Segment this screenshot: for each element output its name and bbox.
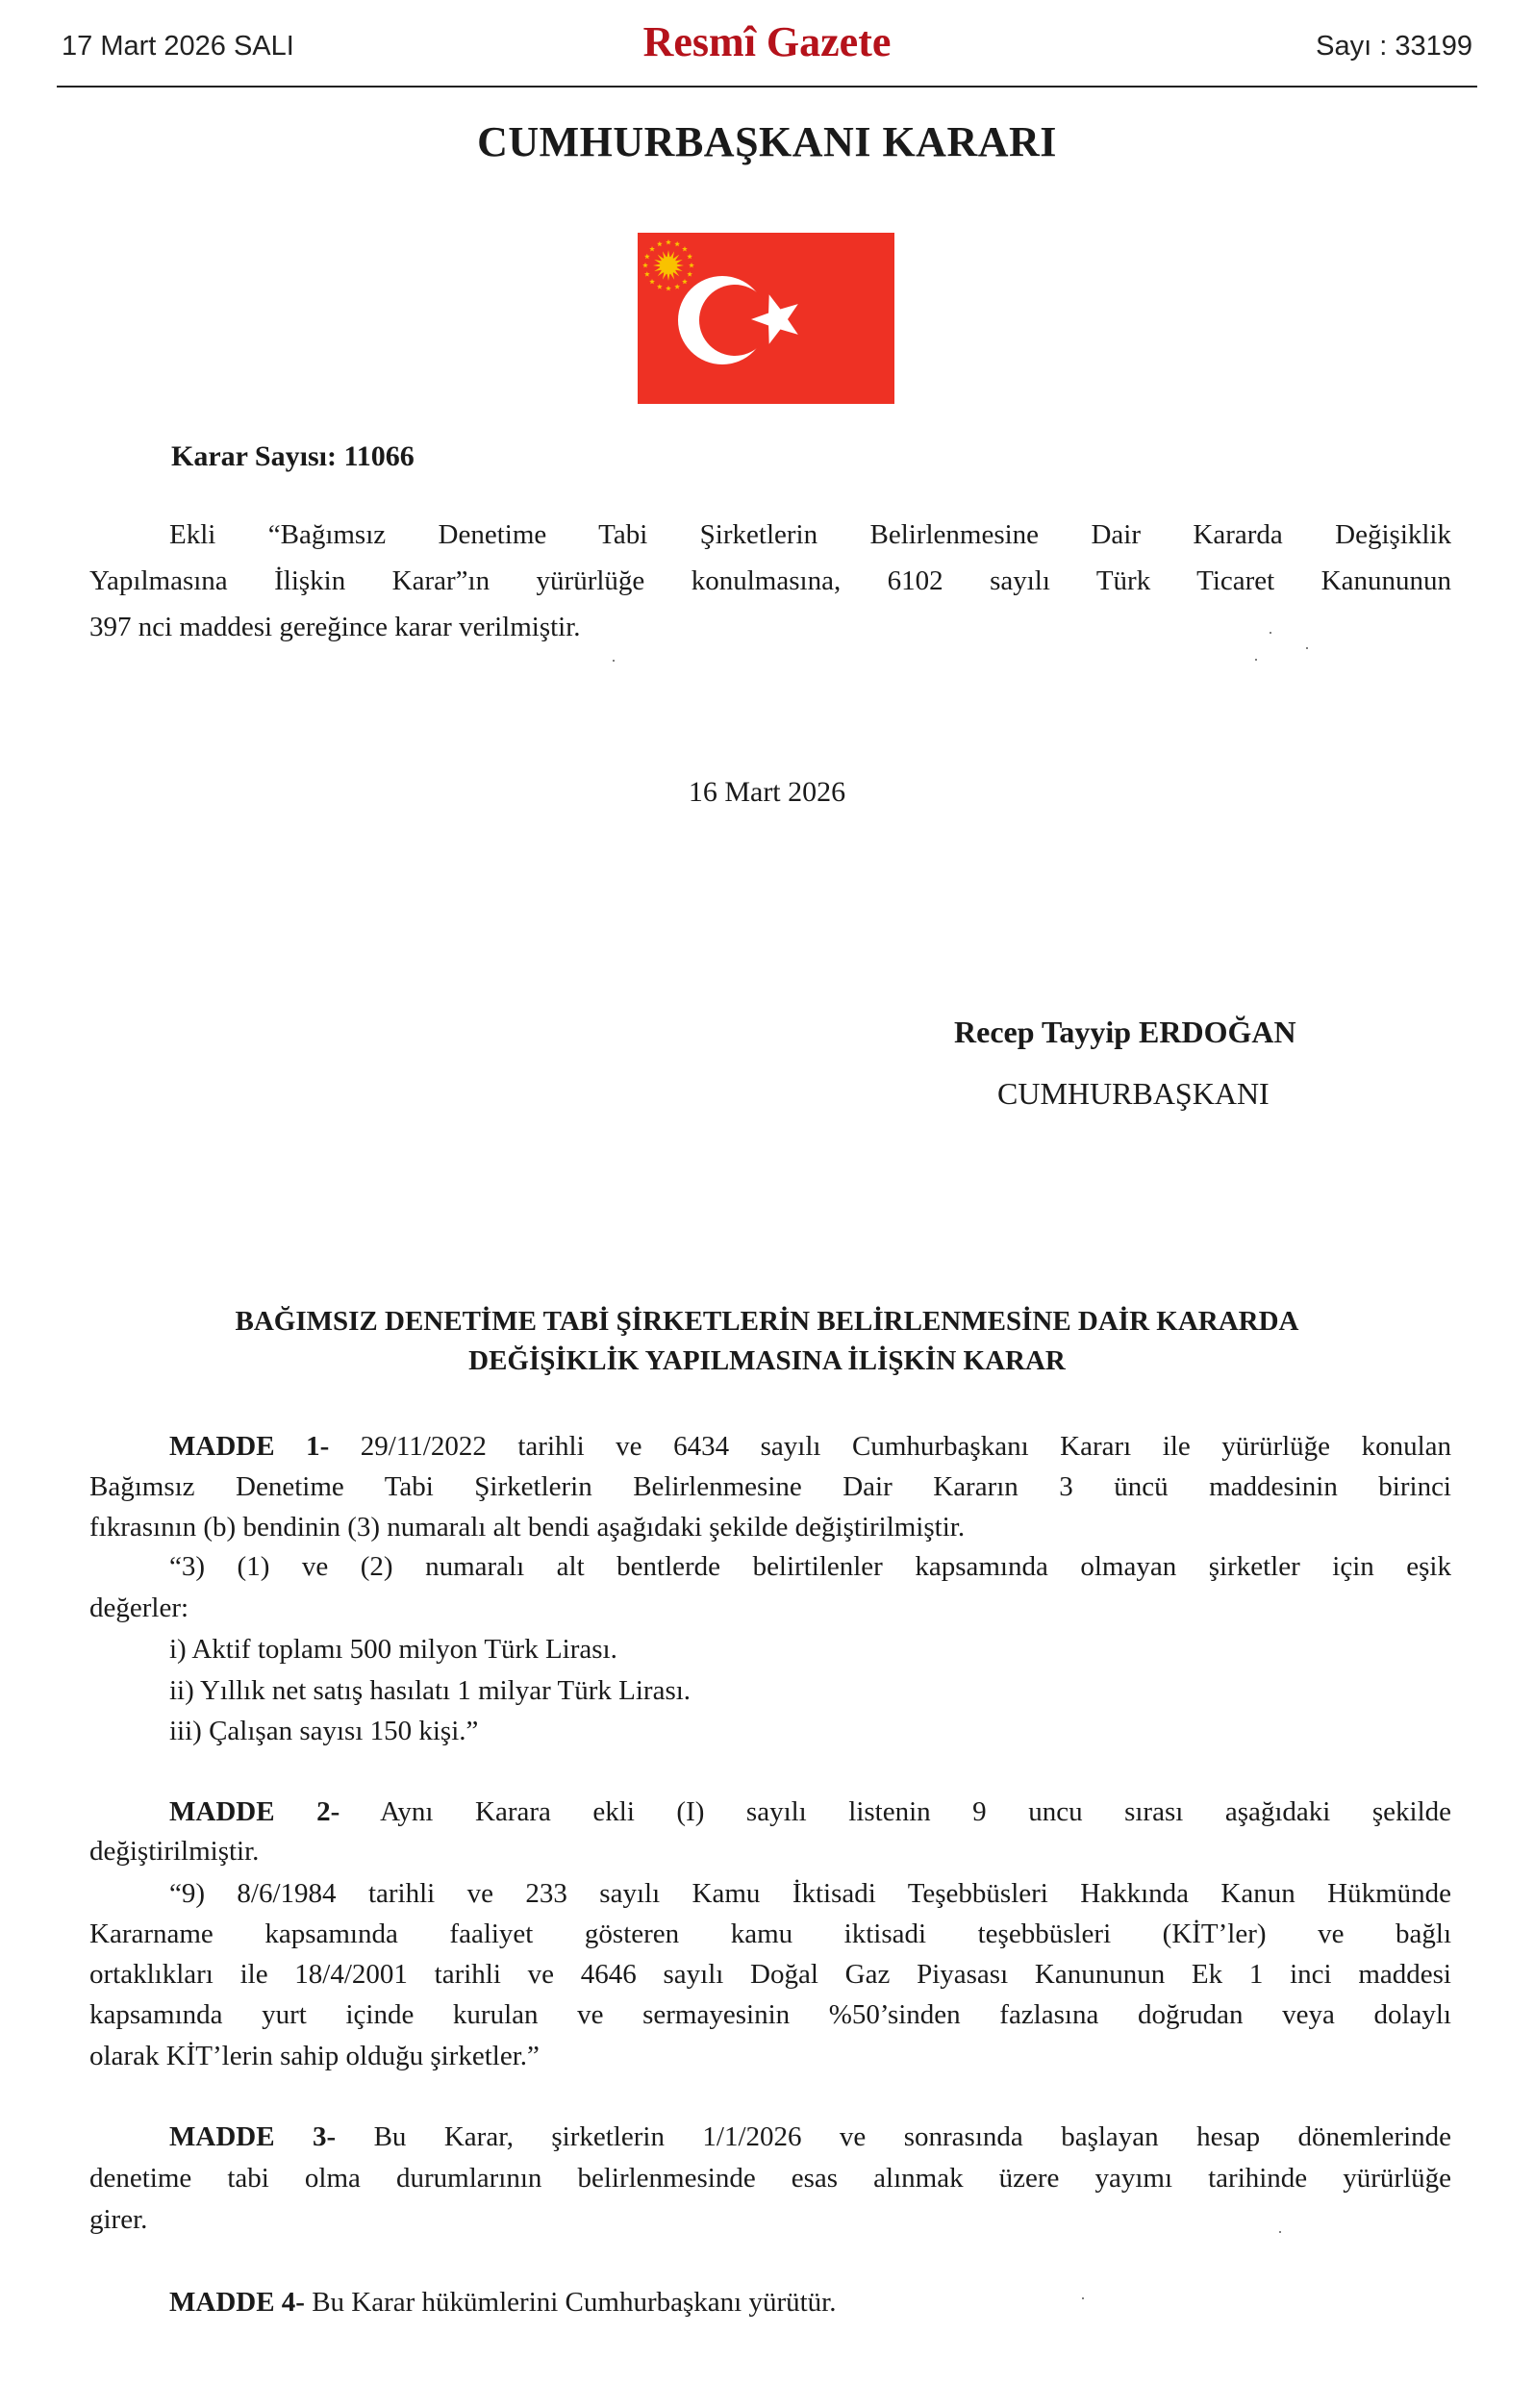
preamble-line: Ekli “Bağımsız Denetime Tabi Şirketlerin… — [169, 515, 1451, 554]
article-2-line: değiştirilmiştir. — [89, 1832, 1451, 1870]
document-type-title: CUMHURBAŞKANI KARARI — [0, 117, 1534, 167]
article-1-item: i) Aktif toplamı 500 milyon Türk Lirası. — [169, 1630, 617, 1668]
signatory-title: CUMHURBAŞKANI — [997, 1074, 1270, 1113]
header-divider — [57, 86, 1477, 88]
preamble-line: 397 nci maddesi gereğince karar verilmiş… — [89, 608, 1451, 646]
decision-number: Karar Sayısı: 11066 — [171, 439, 415, 475]
article-1-line: Bağımsız Denetime Tabi Şirketlerin Belir… — [89, 1467, 1451, 1506]
article-4-label: MADDE 4- — [169, 2287, 305, 2318]
scan-speck — [1270, 632, 1271, 634]
article-2-label: MADDE 2- — [169, 1796, 339, 1827]
article-1-text: 29/11/2022 tarihli ve 6434 sayılı Cumhur… — [329, 1431, 1451, 1462]
article-3-line: MADDE 3- Bu Karar, şirketlerin 1/1/2026 … — [169, 2118, 1451, 2156]
scan-speck — [1082, 2297, 1084, 2299]
article-3-line: denetime tabi olma durumlarının belirlen… — [89, 2159, 1451, 2197]
article-1-line: fıkrasının (b) bendinin (3) numaralı alt… — [89, 1508, 1451, 1546]
article-1-line: MADDE 1- 29/11/2022 tarihli ve 6434 sayı… — [169, 1427, 1451, 1466]
article-4-line: MADDE 4- Bu Karar hükümlerini Cumhurbaşk… — [169, 2283, 836, 2321]
article-3-label: MADDE 3- — [169, 2121, 336, 2152]
signatory-name: Recep Tayyip ERDOĞAN — [954, 1013, 1296, 1051]
issue-number: Sayı : 33199 — [1316, 29, 1472, 63]
emblem-sun-icon — [653, 250, 684, 281]
scan-speck — [1306, 647, 1308, 649]
article-2-line: Kararname kapsamında faaliyet gösteren k… — [89, 1915, 1451, 1953]
scan-speck — [1255, 659, 1257, 661]
article-2-line: “9) 8/6/1984 tarihli ve 233 sayılı Kamu … — [169, 1874, 1451, 1913]
article-1-item: iii) Çalışan sayısı 150 kişi.” — [169, 1712, 478, 1750]
article-1-line: “3) (1) ve (2) numaralı alt bentlerde be… — [169, 1547, 1451, 1586]
annex-heading-line: DEĞİŞİKLİK YAPILMASINA İLİŞKİN KARAR — [0, 1342, 1534, 1379]
article-2-line: MADDE 2- Aynı Karara ekli (I) sayılı lis… — [169, 1793, 1451, 1831]
article-1-label: MADDE 1- — [169, 1431, 329, 1462]
article-2-text: Aynı Karara ekli (I) sayılı listenin 9 u… — [339, 1796, 1451, 1827]
article-1-item: ii) Yıllık net satış hasılatı 1 milyar T… — [169, 1671, 691, 1710]
article-2-line: ortaklıkları ile 18/4/2001 tarihli ve 46… — [89, 1955, 1451, 1994]
decision-date: 16 Mart 2026 — [0, 774, 1534, 811]
article-3-text: Bu Karar, şirketlerin 1/1/2026 ve sonras… — [336, 2121, 1451, 2152]
scan-speck — [1279, 2231, 1281, 2233]
article-2-line: olarak KİT’lerin sahip olduğu şirketler.… — [89, 2037, 1451, 2075]
article-4-text: Bu Karar hükümlerini Cumhurbaşkanı yürüt… — [305, 2287, 837, 2318]
article-2-line: kapsamında yurt içinde kurulan ve sermay… — [89, 1995, 1451, 2034]
preamble-line: Yapılmasına İlişkin Karar”ın yürürlüğe k… — [89, 562, 1451, 600]
annex-heading-line: BAĞIMSIZ DENETİME TABİ ŞİRKETLERİN BELİR… — [0, 1303, 1534, 1340]
presidential-flag-icon — [638, 233, 894, 404]
article-3-line: girer. — [89, 2200, 1451, 2239]
scan-speck — [613, 660, 615, 662]
publication-title: Resmî Gazete — [0, 17, 1534, 67]
article-1-line: değerler: — [89, 1589, 1451, 1627]
